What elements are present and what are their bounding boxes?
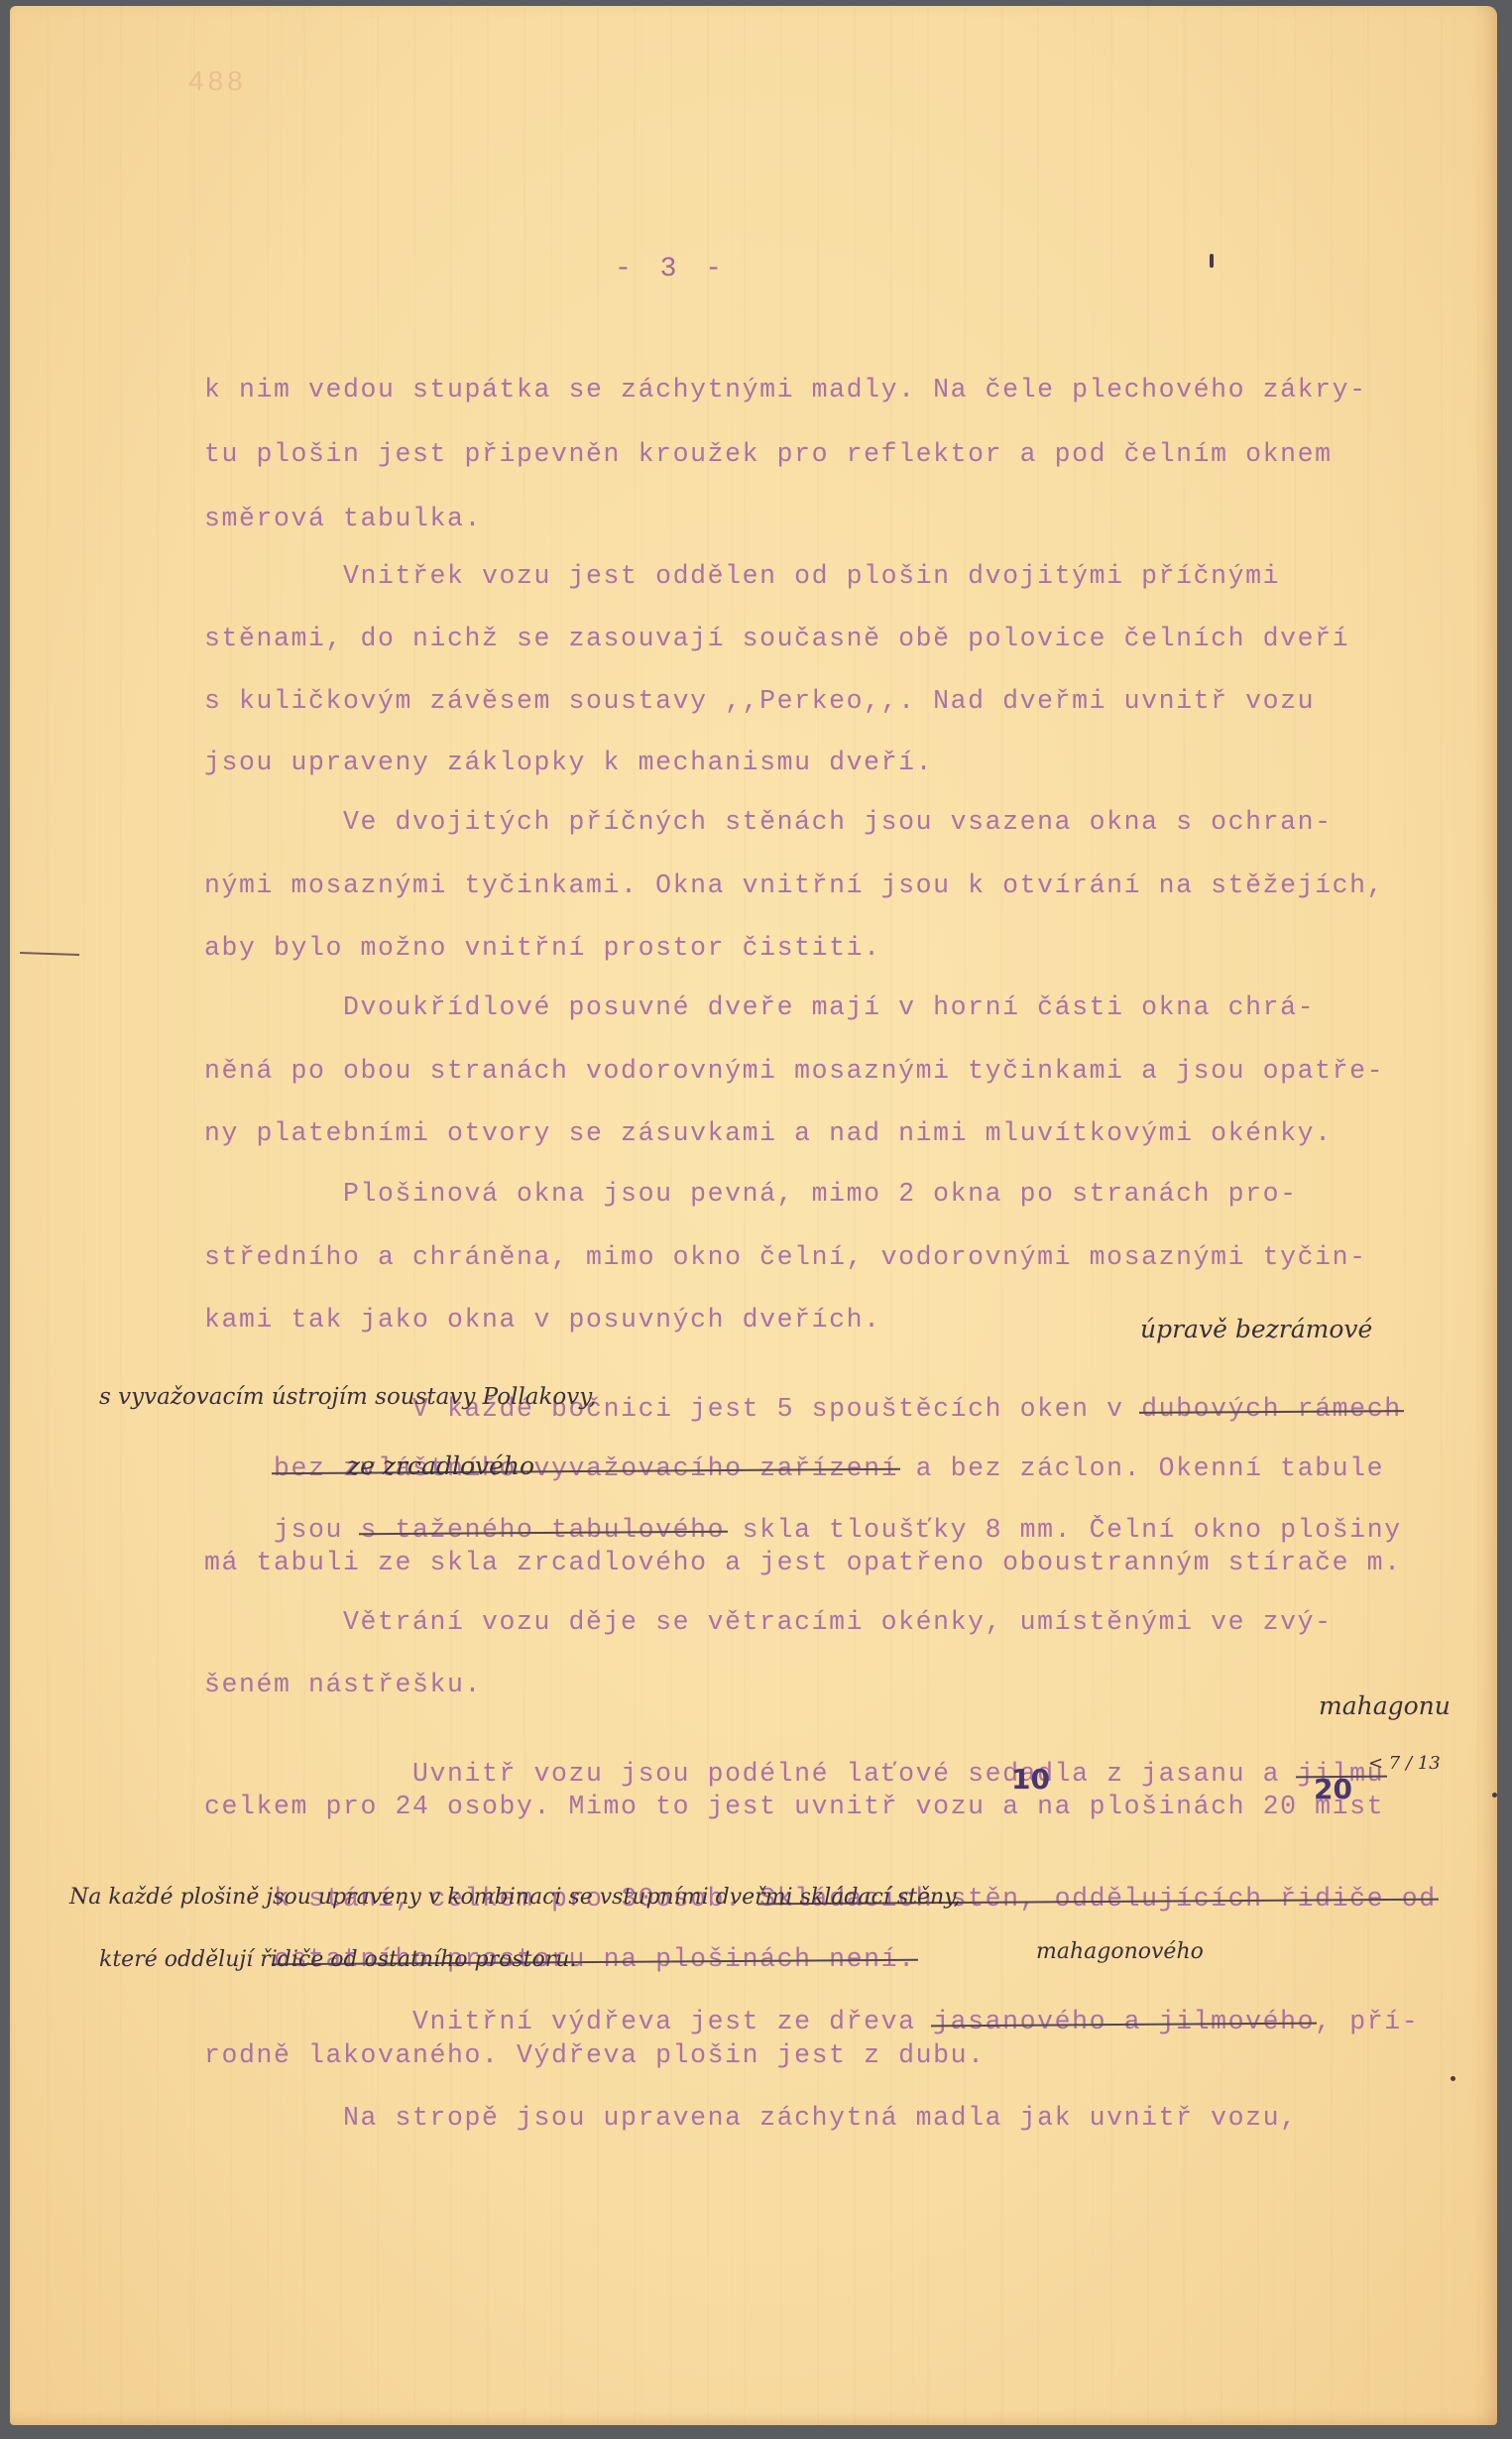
typed-segment: a bez záclon. Okenní tabule [898,1453,1384,1483]
handwritten-annotation: < 7 / 13 [1368,1753,1441,1774]
typed-line: středního a chráněna, mimo okno čelní, v… [204,1242,1367,1272]
typed-line: ny platebními otvory se zásuvkami a nad … [204,1118,1333,1148]
typed-line: šeném nástřešku. [204,1670,482,1699]
page-number: - 3 - [615,254,728,285]
ink-mark [1210,254,1214,268]
typed-line: rodně lakovaného. Výdřeva plošin jest z … [204,2040,986,2070]
document-page: 488 - 3 - k nim vedou stupátka se záchyt… [10,6,1497,2425]
typed-segment: Vnitřní výdřeva jest ze dřeva [274,2007,933,2036]
typed-line: k nim vedou stupátka se záchytnými madly… [204,375,1367,405]
typed-line: Plošinová okna jsou pevná, mimo 2 okna p… [204,1179,1298,1209]
typed-line: stěnami, do nichž se zasouvají současně … [204,624,1349,653]
typed-line: Větrání vozu děje se větracími okénky, u… [204,1607,1333,1637]
typed-line: Na stropě jsou upravena záchytná madla j… [204,2103,1298,2133]
typed-line: nými mosaznými tyčinkami. Okna vnitřní j… [204,871,1384,900]
paper-crease-mark [20,952,79,960]
ink-mark [1492,1793,1497,1798]
handwritten-number: 20 [1314,1773,1352,1805]
typed-line: Dvoukřídlové posuvné dveře mají v horní … [204,992,1315,1022]
typed-line: kami tak jako okna v posuvných dveřích. [204,1305,881,1335]
ink-mark [1451,2076,1455,2081]
typed-line: aby bylo možno vnitřní prostor čistiti. [204,933,881,963]
handwritten-annotation: které oddělují řidiče od ostatního prost… [99,1947,576,1972]
handwritten-annotation: Na každé plošině jsou upraveny v kombina… [69,1885,961,1910]
deleted-text: jasanového a jilmového [933,2007,1315,2036]
handwritten-annotation: ze zrcadlového [347,1452,534,1480]
handwritten-annotation: s vyvažovacím ústrojím soustavy Pollakov… [99,1384,597,1410]
handwritten-number: 10 [1011,1763,1050,1796]
typed-line: něná po obou stranách vodorovnými mosazn… [204,1056,1384,1086]
typed-segment: jsou [274,1515,361,1545]
handwritten-annotation: úpravě bezrámové [1140,1315,1372,1343]
typed-line: celkem pro 24 osoby. Mimo to jest uvnitř… [204,1792,1384,1821]
typed-line: s kuličkovým závěsem soustavy ,,Perkeo,,… [204,686,1315,716]
deleted-text: s taženého tabulového [361,1515,726,1545]
typed-line: směrová tabulka. [204,504,482,533]
typed-line: Ve dvojitých příčných stěnách jsou vsaze… [204,807,1333,837]
typed-segment: skla tloušťky 8 mm. Čelní okno plošiny [725,1515,1402,1545]
deleted-text: dubových rámech [1141,1394,1402,1424]
typed-line: Vnitřek vozu jest oddělen od plošin dvoj… [204,561,1280,591]
typed-segment: Uvnitř vozu jsou podélné laťové sedadla … [274,1759,1298,1789]
typed-line: má tabuli ze skla zrcadlového a jest opa… [204,1548,1402,1577]
archive-stamp: 488 [188,65,247,97]
handwritten-annotation: mahagonu [1319,1691,1451,1720]
typed-line: tu plošin jest připevněn kroužek pro ref… [204,439,1333,469]
handwritten-annotation: mahagonového [1036,1939,1204,1964]
typed-line: jsou upraveny záklopky k mechanismu dveř… [204,748,933,777]
typed-segment: , pří- [1315,2007,1419,2036]
